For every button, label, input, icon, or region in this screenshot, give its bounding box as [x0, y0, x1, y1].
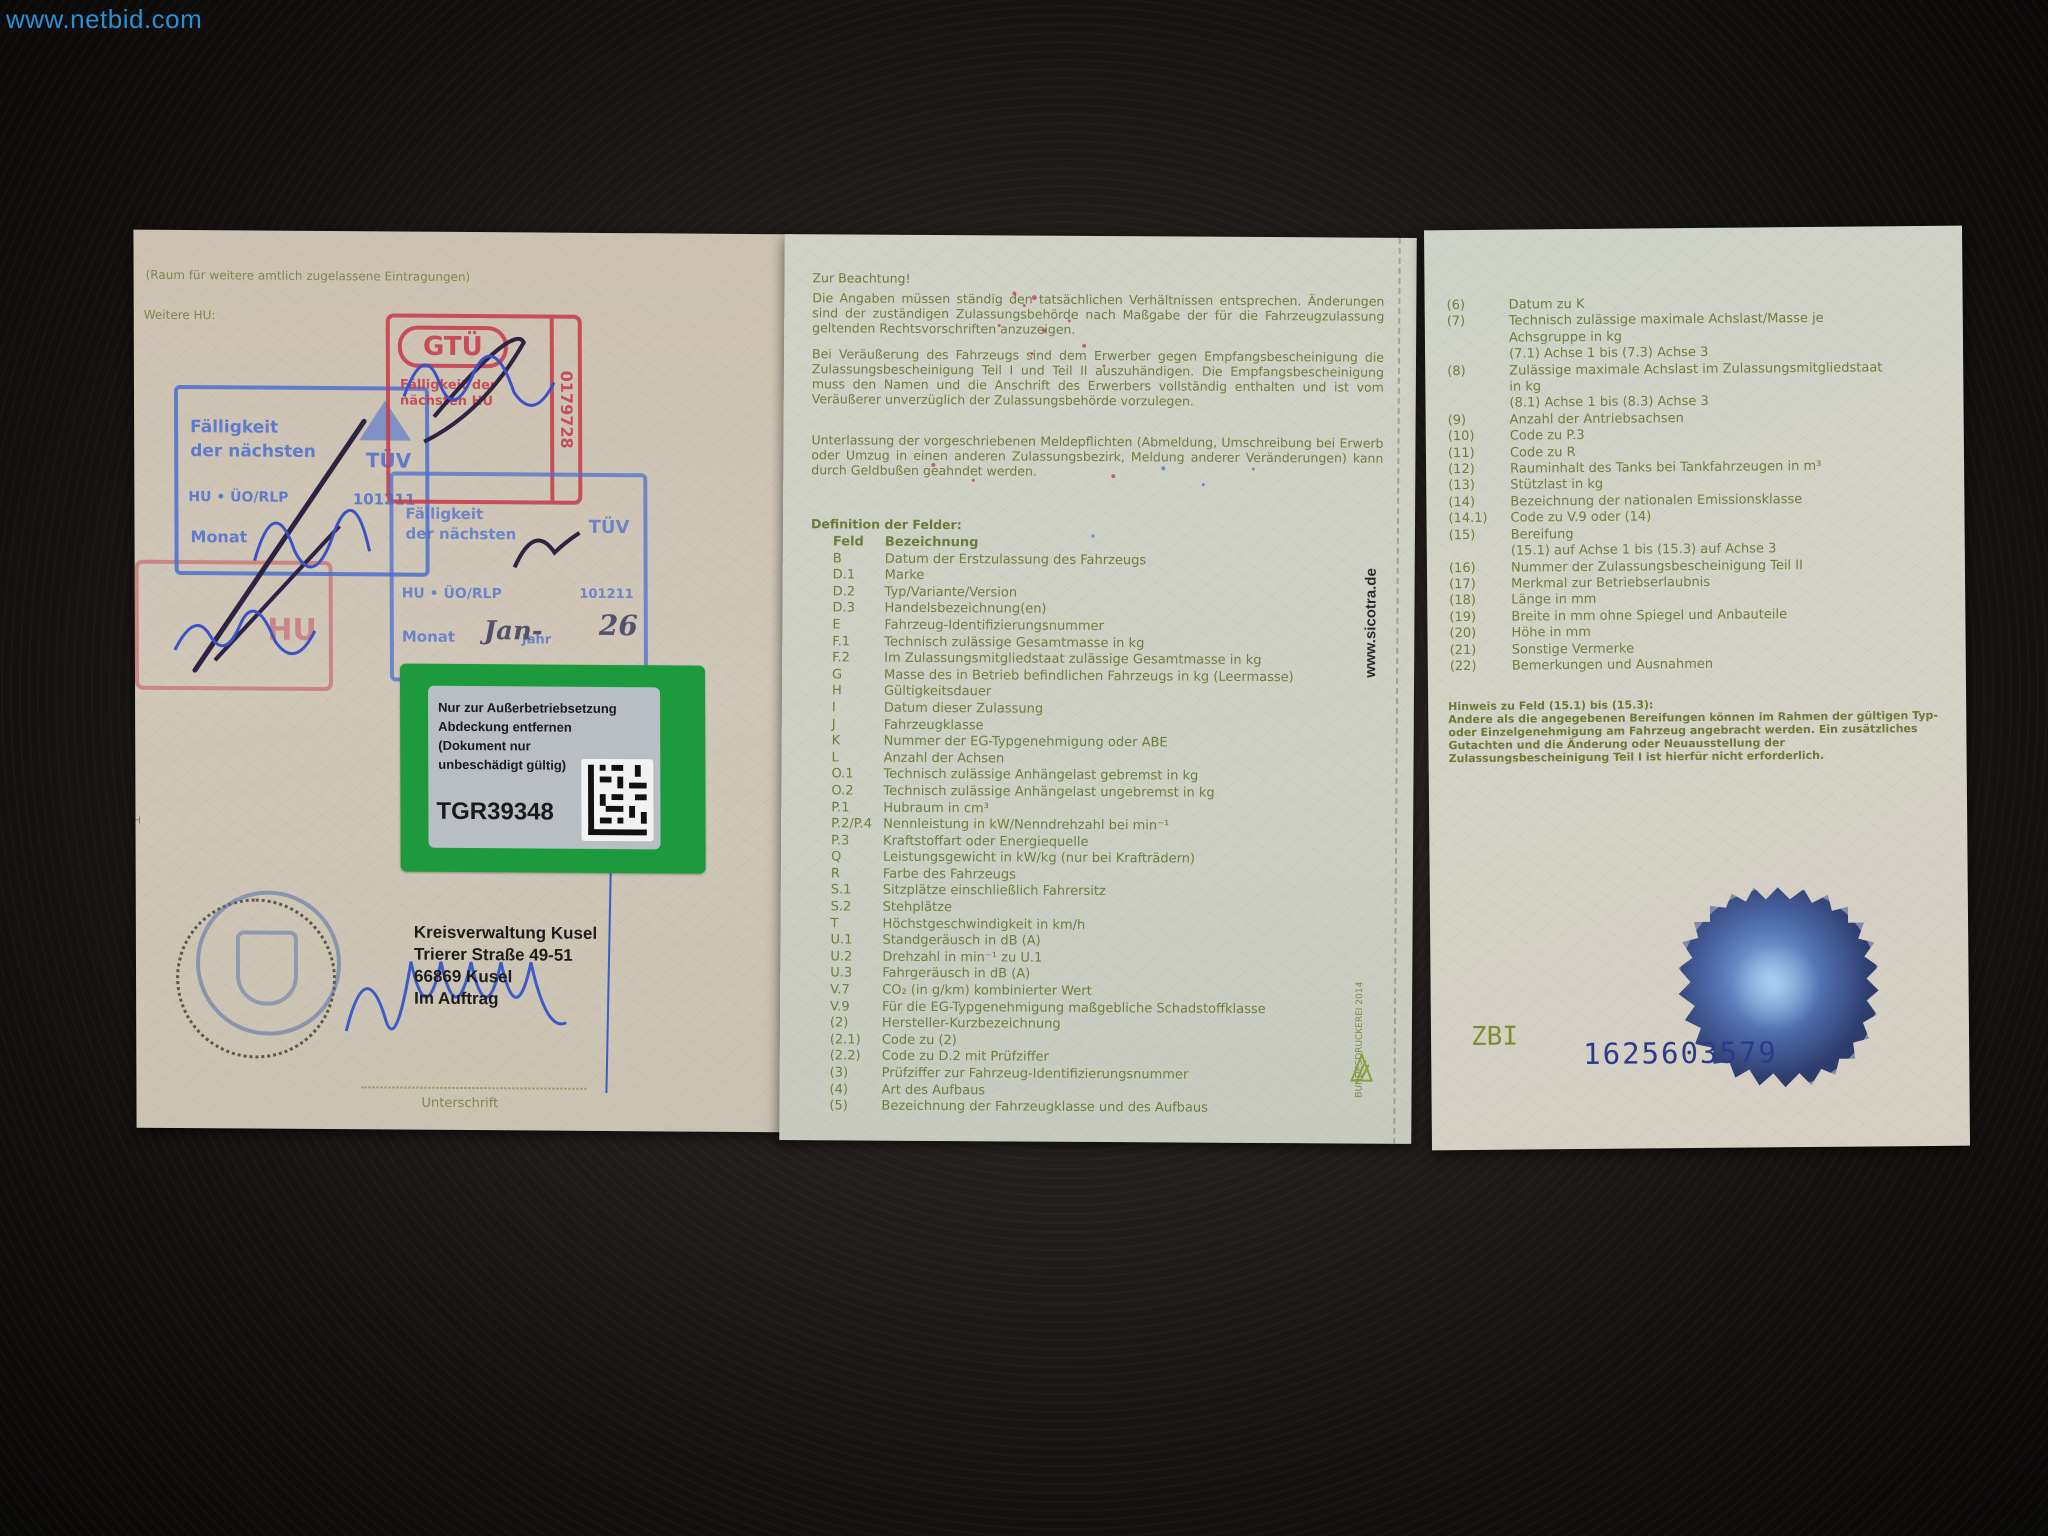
field-code: (10) [1448, 429, 1510, 446]
field-code: (20) [1449, 626, 1511, 643]
field-label: Code zu P.3 [1510, 428, 1585, 445]
field-code [1447, 396, 1509, 413]
field-label: Bezeichnung der nationalen Emissionsklas… [1510, 492, 1802, 511]
field-code: (18) [1449, 593, 1511, 610]
field-code [1447, 380, 1509, 397]
field-code: (8) [1447, 363, 1509, 380]
field-code: (17) [1449, 577, 1511, 594]
field-label: Bemerkungen und Ausnahmen [1512, 657, 1713, 675]
zbi-label: ZBI [1471, 1022, 1518, 1052]
field-label: Sonstige Vermerke [1512, 641, 1635, 658]
watermark: www.netbid.com [6, 4, 202, 35]
signature-label: Unterschrift [421, 1096, 498, 1112]
datamatrix-code-icon [581, 759, 653, 842]
field-label: Breite in mm ohne Spiegel und Anbauteile [1511, 607, 1787, 626]
field-label: (7.1) Achse 1 bis (7.3) Achse 3 [1509, 345, 1708, 363]
field-label: Achsgruppe in kg [1509, 329, 1622, 346]
definition-row: (22)Bemerkungen und Ausnahmen [1450, 655, 1885, 675]
field-code: (9) [1448, 412, 1510, 429]
field-code: (11) [1448, 445, 1510, 462]
issuing-authority: Kreisverwaltung Kusel Trierer Straße 49-… [414, 922, 598, 1011]
field-code [1447, 347, 1509, 364]
field-code: (22) [1450, 659, 1512, 676]
coat-of-arms-icon [236, 930, 298, 1005]
field-label: Datum zu K [1509, 297, 1585, 314]
field-label: Code zu R [1510, 445, 1576, 462]
field-label: Zulässige maximale Achslast im Zulassung… [1509, 360, 1882, 380]
field-label: Technisch zulässige maximale Achslast/Ma… [1509, 311, 1824, 330]
field-code: (14.1) [1448, 511, 1510, 528]
field-code [1447, 330, 1509, 347]
left-page: (Raum für weitere amtlich zugelassene Ei… [133, 230, 796, 1133]
field-code: (21) [1450, 642, 1512, 659]
middle-page: Zur Beachtung! Die Angaben müssen ständi… [779, 234, 1417, 1144]
field-label: Bereifung [1511, 527, 1574, 544]
field-code: (16) [1449, 560, 1511, 577]
field-label: Stützlast in kg [1510, 477, 1603, 494]
deregistration-sticker: Nur zur Außerbetriebsetzung Abdeckung en… [400, 664, 706, 874]
field-label: Länge in mm [1511, 592, 1596, 609]
field-code: (15) [1449, 527, 1511, 544]
field-code: (14) [1448, 494, 1510, 511]
sticker-code: TGR39348 [436, 798, 554, 827]
field-code: (7) [1447, 314, 1509, 331]
field-code: (6) [1447, 298, 1509, 315]
ink-spatter [779, 234, 1417, 1144]
field-label: Anzahl der Antriebsachsen [1510, 411, 1684, 429]
field-label: Code zu V.9 oder (14) [1510, 510, 1651, 528]
field-code: (12) [1448, 462, 1510, 479]
field-code: (13) [1448, 478, 1510, 495]
field-label: Rauminhalt des Tanks bei Tankfahrzeugen … [1510, 459, 1821, 478]
field-code [1449, 544, 1511, 561]
document-serial-number: 1625603579 [1583, 1035, 1778, 1071]
field-label: Höhe in mm [1511, 625, 1591, 642]
definitions-table-continued: (6)Datum zu K(7)Technisch zulässige maxi… [1447, 294, 1885, 675]
field-label: Nummer der Zulassungsbescheinigung Teil … [1511, 558, 1803, 577]
tyre-hint: Hinweis zu Feld (15.1) bis (15.3): Ander… [1448, 696, 1949, 765]
field-label: Merkmal zur Betriebserlaubnis [1511, 575, 1710, 593]
field-label: in kg [1509, 379, 1541, 396]
field-code: (19) [1449, 609, 1511, 626]
right-page: (6)Datum zu K(7)Technisch zulässige maxi… [1424, 226, 1970, 1151]
field-label: (8.1) Achse 1 bis (8.3) Achse 3 [1509, 394, 1708, 412]
